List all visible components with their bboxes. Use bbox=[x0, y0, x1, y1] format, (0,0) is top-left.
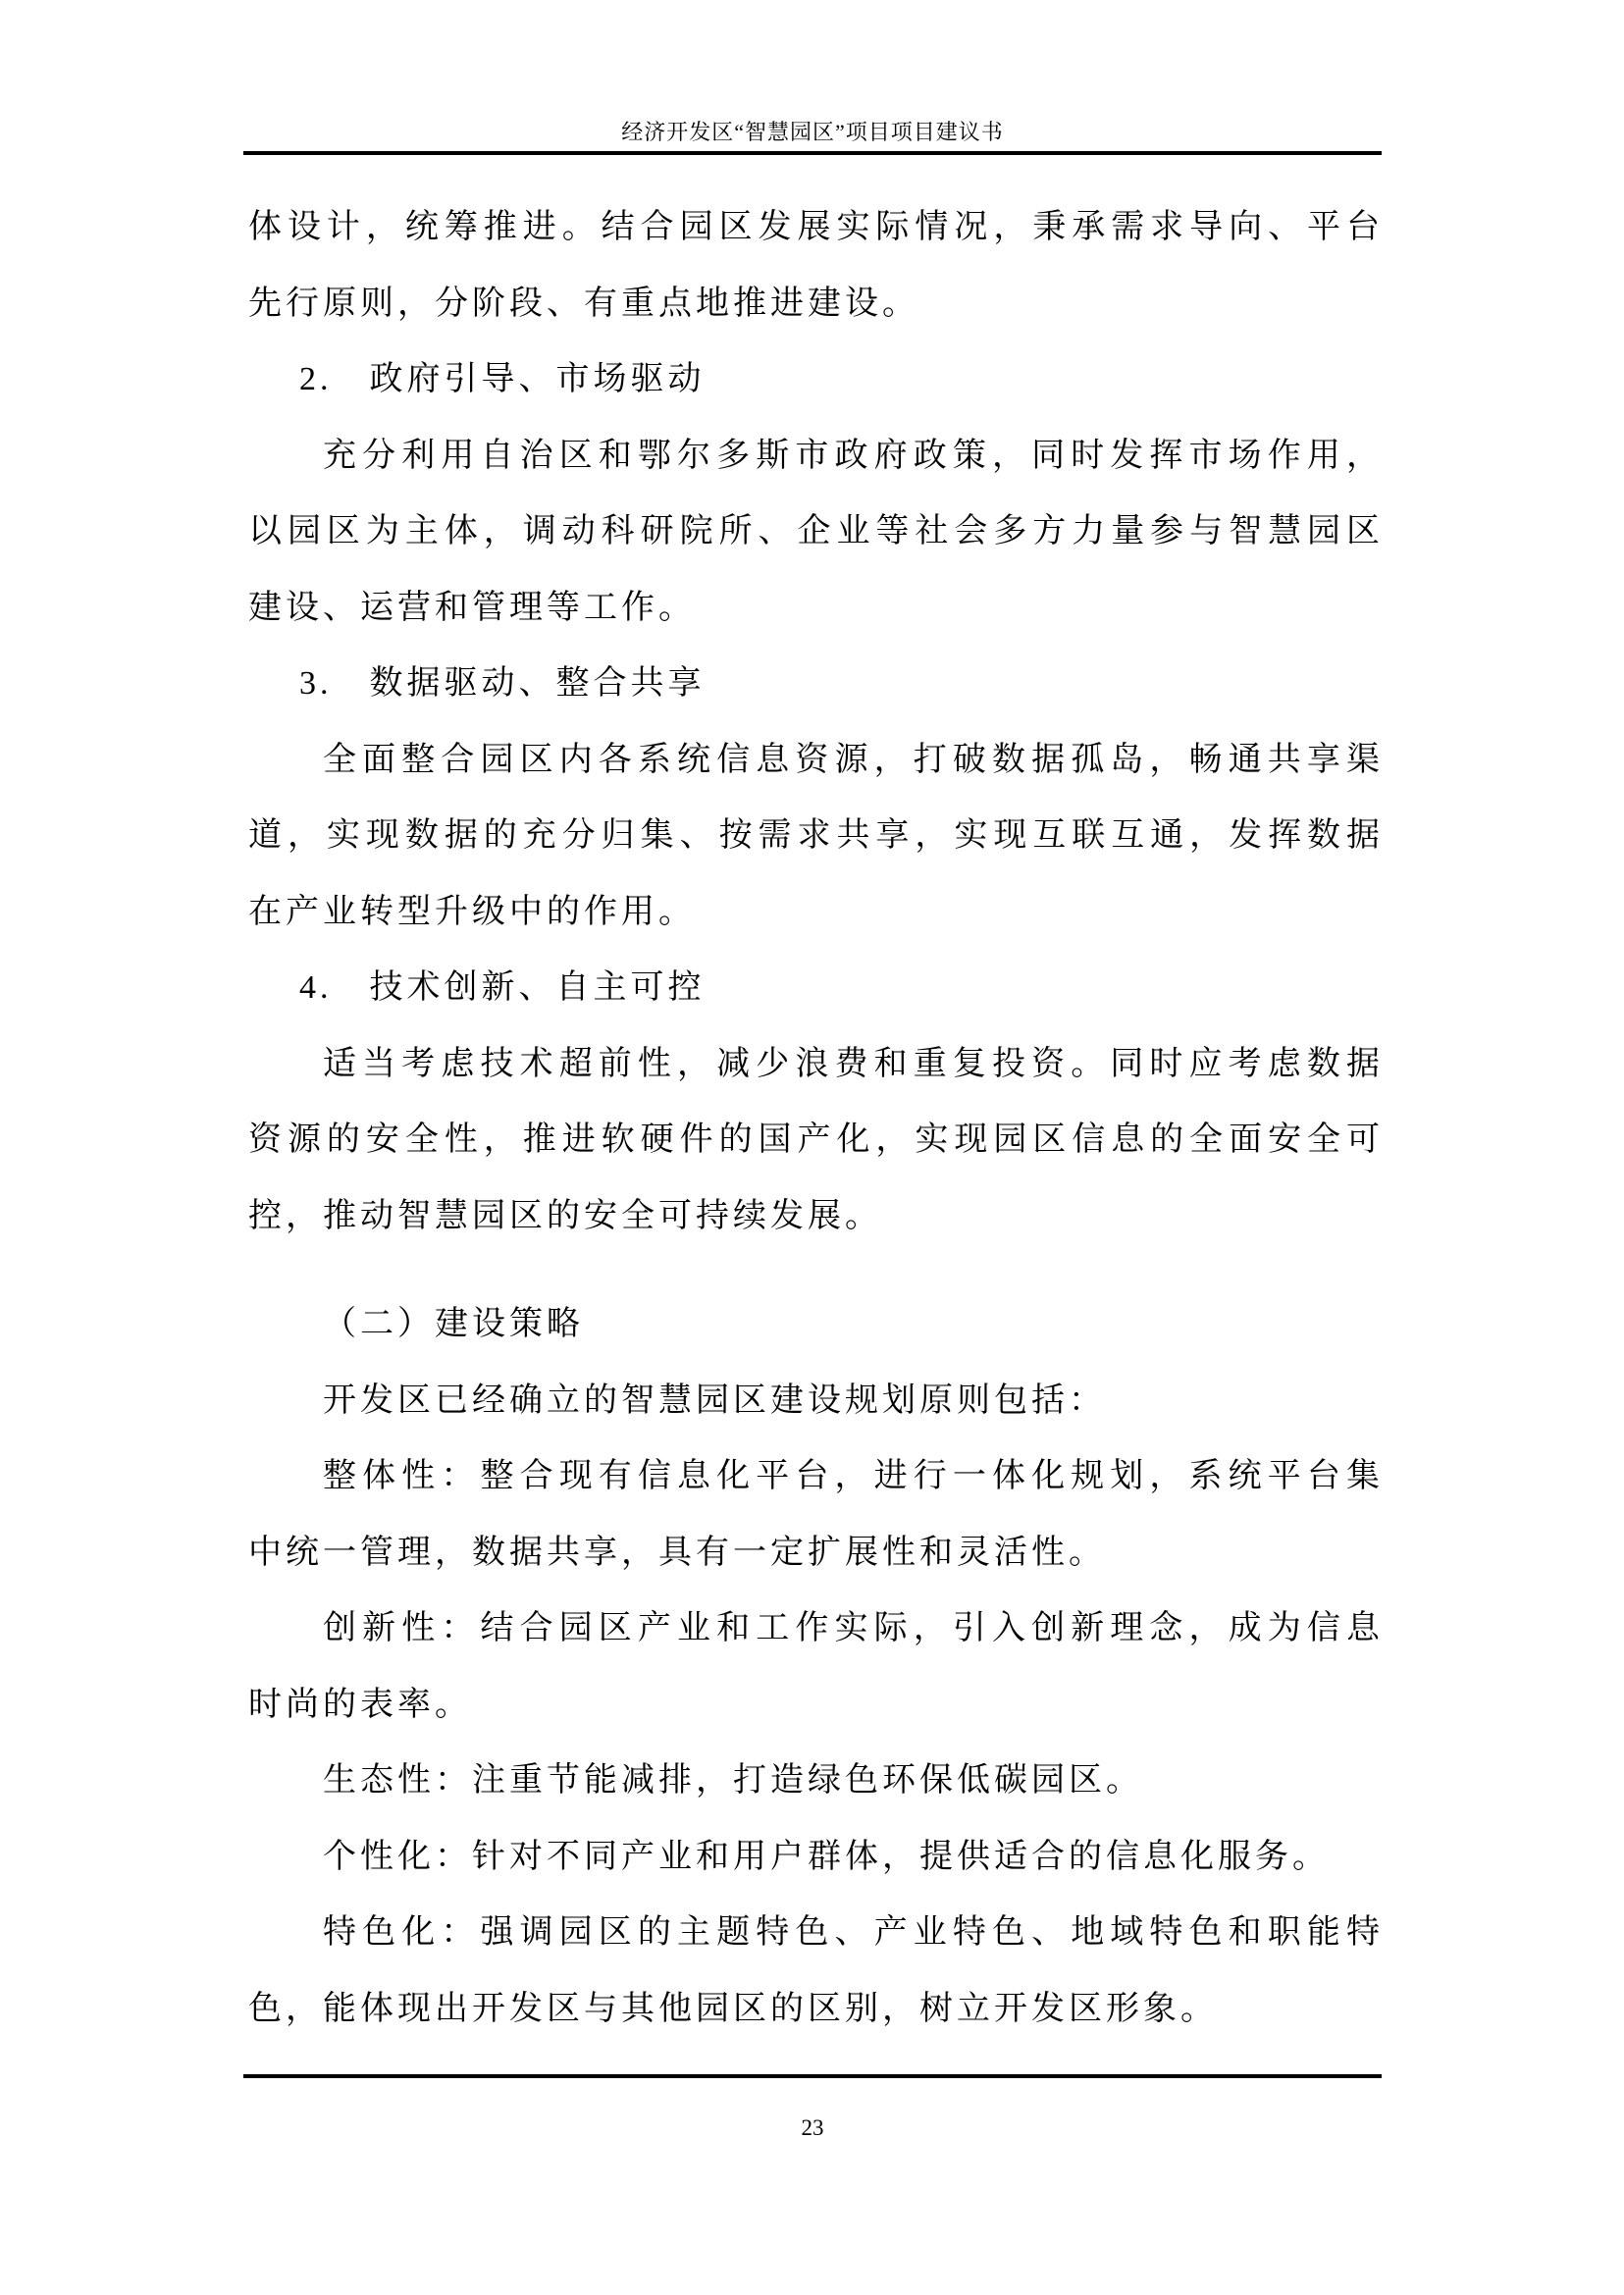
footer-rule bbox=[243, 2074, 1382, 2078]
paragraph-p3: 充分利用自治区和鄂尔多斯市政府政策，同时发挥市场作用，以园区为主体，调动科研院所… bbox=[248, 418, 1384, 647]
text-line: 2. 政府引导、市场驱动 bbox=[248, 341, 1384, 418]
text-line: 3. 数据驱动、整合共享 bbox=[248, 646, 1384, 722]
text-line: 在产业转型升级中的作用。 bbox=[248, 874, 1384, 951]
paragraph-p9: 开发区已经确立的智慧园区建设规划原则包括： bbox=[248, 1363, 1384, 1439]
paragraph-p2: 2. 政府引导、市场驱动 bbox=[248, 341, 1384, 418]
text-line: 个性化：针对不同产业和用户群体，提供适合的信息化服务。 bbox=[248, 1819, 1384, 1896]
text-line: 4. 技术创新、自主可控 bbox=[248, 950, 1384, 1026]
text-line: 时尚的表率。 bbox=[248, 1667, 1384, 1744]
text-line: 整体性：整合现有信息化平台，进行一体化规划，系统平台集 bbox=[248, 1438, 1384, 1515]
document-body: 体设计，统筹推进。结合园区发展实际情况，秉承需求导向、平台先行原则，分阶段、有重… bbox=[248, 189, 1384, 2047]
paragraph-p1: 体设计，统筹推进。结合园区发展实际情况，秉承需求导向、平台先行原则，分阶段、有重… bbox=[248, 189, 1384, 341]
text-line: 资源的安全性，推进软硬件的国产化，实现园区信息的全面安全可 bbox=[248, 1102, 1384, 1178]
text-line: 开发区已经确立的智慧园区建设规划原则包括： bbox=[248, 1363, 1384, 1439]
text-line: （二）建设策略 bbox=[248, 1286, 1384, 1363]
text-line: 特色化：强调园区的主题特色、产业特色、地域特色和职能特 bbox=[248, 1895, 1384, 1971]
text-line: 建设、运营和管理等工作。 bbox=[248, 570, 1384, 647]
text-line: 全面整合园区内各系统信息资源，打破数据孤岛，畅通共享渠 bbox=[248, 722, 1384, 799]
document-page: 经济开发区“智慧园区”项目项目建议书 体设计，统筹推进。结合园区发展实际情况，秉… bbox=[0, 0, 1624, 2295]
paragraph-p8: （二）建设策略 bbox=[248, 1286, 1384, 1363]
paragraph-p10: 整体性：整合现有信息化平台，进行一体化规划，系统平台集中统一管理，数据共享，具有… bbox=[248, 1438, 1384, 1591]
page-number: 23 bbox=[243, 2112, 1382, 2145]
paragraph-p14: 特色化：强调园区的主题特色、产业特色、地域特色和职能特色，能体现出开发区与其他园… bbox=[248, 1895, 1384, 2047]
page-header-title: 经济开发区“智慧园区”项目项目建议书 bbox=[243, 116, 1382, 149]
text-line: 生态性：注重节能减排，打造绿色环保低碳园区。 bbox=[248, 1743, 1384, 1819]
text-line: 中统一管理，数据共享，具有一定扩展性和灵活性。 bbox=[248, 1515, 1384, 1591]
paragraph-p12: 生态性：注重节能减排，打造绿色环保低碳园区。 bbox=[248, 1743, 1384, 1819]
text-line: 色，能体现出开发区与其他园区的区别，树立开发区形象。 bbox=[248, 1971, 1384, 2048]
text-line: 创新性：结合园区产业和工作实际，引入创新理念，成为信息 bbox=[248, 1591, 1384, 1667]
paragraph-p4: 3. 数据驱动、整合共享 bbox=[248, 646, 1384, 722]
text-line: 充分利用自治区和鄂尔多斯市政府政策，同时发挥市场作用， bbox=[248, 418, 1384, 495]
text-line: 适当考虑技术超前性，减少浪费和重复投资。同时应考虑数据 bbox=[248, 1026, 1384, 1103]
paragraph-p5: 全面整合园区内各系统信息资源，打破数据孤岛，畅通共享渠道，实现数据的充分归集、按… bbox=[248, 722, 1384, 951]
paragraph-p6: 4. 技术创新、自主可控 bbox=[248, 950, 1384, 1026]
paragraph-p13: 个性化：针对不同产业和用户群体，提供适合的信息化服务。 bbox=[248, 1819, 1384, 1896]
text-line: 以园区为主体，调动科研院所、企业等社会多方力量参与智慧园区 bbox=[248, 494, 1384, 570]
header-rule bbox=[243, 151, 1382, 155]
text-line: 控，推动智慧园区的安全可持续发展。 bbox=[248, 1178, 1384, 1255]
text-line: 体设计，统筹推进。结合园区发展实际情况，秉承需求导向、平台 bbox=[248, 189, 1384, 266]
paragraph-p11: 创新性：结合园区产业和工作实际，引入创新理念，成为信息时尚的表率。 bbox=[248, 1591, 1384, 1743]
paragraph-p7: 适当考虑技术超前性，减少浪费和重复投资。同时应考虑数据资源的安全性，推进软硬件的… bbox=[248, 1026, 1384, 1255]
text-line: 先行原则，分阶段、有重点地推进建设。 bbox=[248, 266, 1384, 342]
text-line: 道，实现数据的充分归集、按需求共享，实现互联互通，发挥数据 bbox=[248, 798, 1384, 874]
